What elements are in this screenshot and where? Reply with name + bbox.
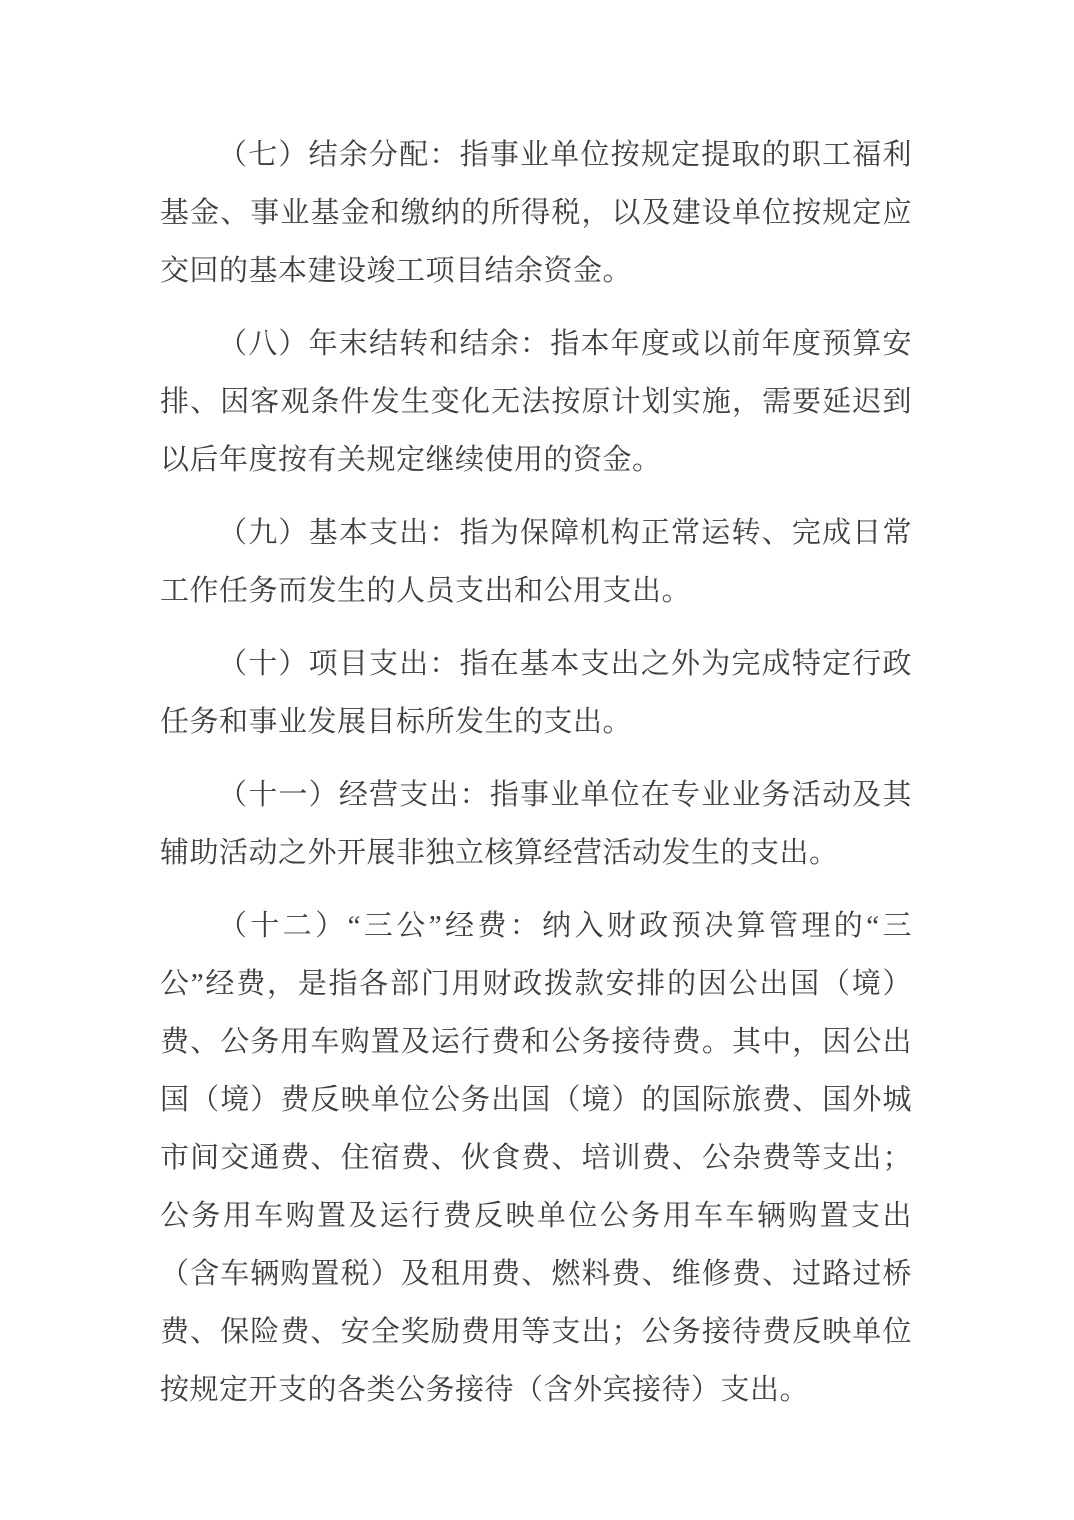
paragraph-term-7-surplus-distribution: （七）结余分配：指事业单位按规定提取的职工福利基金、事业基金和缴纳的所得税，以及… [160,126,912,300]
paragraph-term-11-operating-expenditure: （十一）经营支出：指事业单位在专业业务活动及其辅助活动之外开展非独立核算经营活动… [160,766,912,882]
paragraph-term-9-basic-expenditure: （九）基本支出：指为保障机构正常运转、完成日常工作任务而发生的人员支出和公用支出… [160,504,912,620]
document-body: （七）结余分配：指事业单位按规定提取的职工福利基金、事业基金和缴纳的所得税，以及… [160,126,912,1419]
paragraph-term-8-year-end-carryover: （八）年末结转和结余：指本年度或以前年度预算安排、因客观条件发生变化无法按原计划… [160,315,912,489]
document-page: （七）结余分配：指事业单位按规定提取的职工福利基金、事业基金和缴纳的所得税，以及… [0,0,1074,1520]
paragraph-term-10-project-expenditure: （十）项目支出：指在基本支出之外为完成特定行政任务和事业发展目标所发生的支出。 [160,635,912,751]
paragraph-term-12-three-public-funds: （十二）“三公”经费：纳入财政预决算管理的“三公”经费，是指各部门用财政拨款安排… [160,897,912,1419]
